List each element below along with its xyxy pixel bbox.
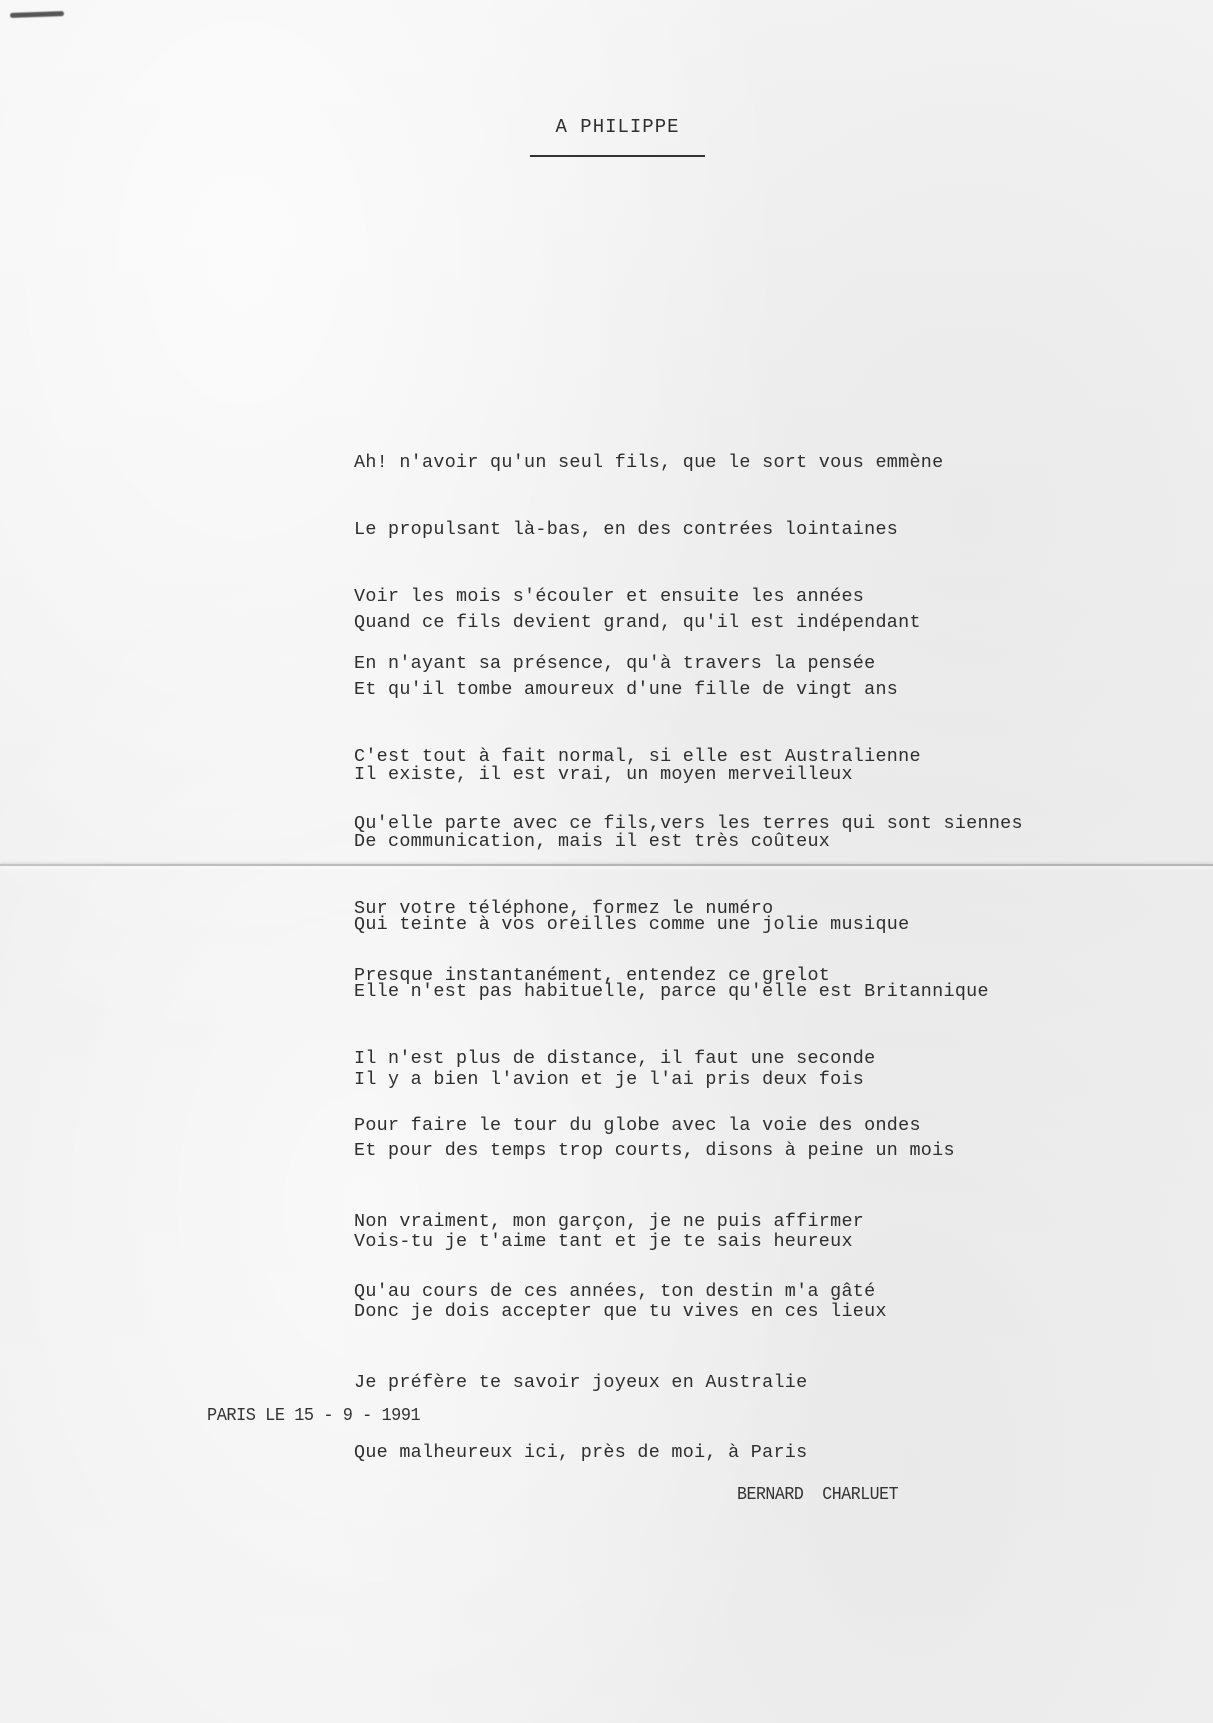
poem-line: Je préfère te savoir joyeux en Australie	[354, 1368, 887, 1397]
poem-line: Et pour des temps trop courts, disons à …	[354, 1136, 955, 1165]
author-signature: BERNARD CHARLUET	[737, 1485, 898, 1505]
place-and-date: PARIS LE 15 - 9 - 1991	[207, 1405, 420, 1426]
poem-line: Vois-tu je t'aime tant et je te sais heu…	[354, 1228, 887, 1256]
title-underline	[530, 155, 705, 157]
poem-line: Quand ce fils devient grand, qu'il est i…	[354, 610, 1023, 635]
ink-mark	[10, 11, 64, 18]
stanza-6: Vois-tu je t'aime tant et je te sais heu…	[354, 1186, 887, 1509]
poem-title: A PHILIPPE	[530, 116, 705, 138]
poem-line: De communication, mais il est très coûte…	[354, 829, 853, 854]
typed-letter-page: A PHILIPPE Ah! n'avoir qu'un seul fils, …	[0, 0, 1213, 1723]
poem-line: Et qu'il tombe amoureux d'une fille de v…	[354, 677, 1023, 702]
poem-line: Qui teinte à vos oreilles comme une joli…	[354, 912, 989, 937]
poem-line: Il y a bien l'avion et je l'ai pris deux…	[354, 1066, 955, 1094]
poem-line: Donc je dois accepter que tu vives en ce…	[354, 1298, 887, 1326]
poem-line: Que malheureux ici, près de moi, à Paris	[354, 1439, 887, 1467]
poem-line: Le propulsant là-bas, en des contrées lo…	[354, 517, 943, 542]
poem-line: Ah! n'avoir qu'un seul fils, que le sort…	[354, 450, 943, 475]
poem-line: Elle n'est pas habituelle, parce qu'elle…	[354, 979, 989, 1004]
poem-line: Il existe, il est vrai, un moyen merveil…	[354, 762, 853, 787]
